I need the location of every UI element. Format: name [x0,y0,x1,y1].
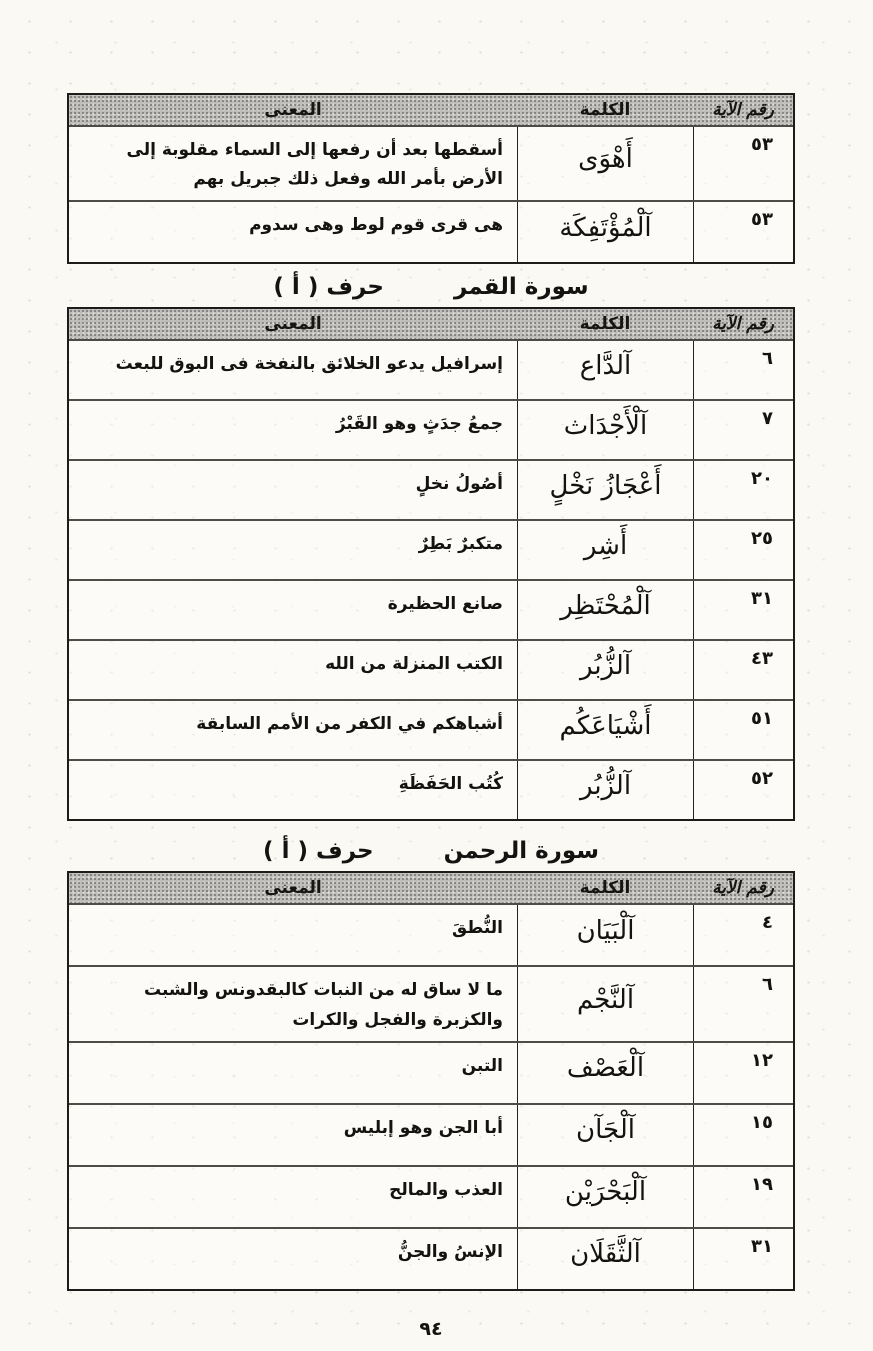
table-row: ١٥ آلْجَآن أبا الجن وهو إبليس [69,1103,793,1165]
table-row: ٦ آلدَّاع إسرافيل يدعو الخلائق بالنفخة ف… [69,339,793,399]
section-heading-rahman: سورة الرحمن حرف ( أ ) [67,836,795,866]
table-row: ٢٠ أَعْجَازُ نَخْلٍ أصُولُ نخلٍ [69,459,793,519]
table-row: ٣١ آلْمُحْتَظِر صانع الحظيرة [69,579,793,639]
glossary-table-najm: رقم الآية الكلمة المعنى ٥٣ أَهْوَى أسقطه… [67,93,795,264]
table-row: ٢٥ أَشِر متكبرٌ بَطِرٌ [69,519,793,579]
cell-word: أَشِر [517,521,693,579]
header-cell-meaning: المعنى [69,95,517,125]
surah-title: سورة الرحمن [444,836,599,866]
letter-title: حرف ( أ ) [263,836,374,866]
cell-verse-number: ١٢ [693,1043,793,1103]
cell-meaning: أبا الجن وهو إبليس [69,1105,517,1165]
page-number: ٩٤ [67,1318,795,1340]
table-row: ٦ آلنَّجْم ما لا ساق له من النبات كالبقد… [69,965,793,1040]
header-cell-word: الكلمة [517,95,693,125]
table-row: ٥٢ آلزُّبُر كُتُب الحَفَظَةِ [69,759,793,819]
header-cell-verse-number: رقم الآية [693,309,793,339]
cell-verse-number: ٤٣ [693,641,793,699]
header-cell-verse-number: رقم الآية [693,95,793,125]
cell-word: آلنَّجْم [517,967,693,1040]
table-header-row: رقم الآية الكلمة المعنى [69,95,793,125]
cell-verse-number: ٤ [693,905,793,965]
cell-verse-number: ٧ [693,401,793,459]
cell-meaning: الكتب المنزلة من الله [69,641,517,699]
cell-meaning: هى قرى قوم لوط وهى سدوم [69,202,517,262]
cell-meaning: الإنسُ والجنُّ [69,1229,517,1289]
glossary-table-qamar: رقم الآية الكلمة المعنى ٦ آلدَّاع إسرافي… [67,307,795,821]
cell-word: آلزُّبُر [517,641,693,699]
cell-word: أَشْيَاعَكُم [517,701,693,759]
table-row: ٥٣ آلْمُؤْتَفِكَة هى قرى قوم لوط وهى سدو… [69,200,793,262]
cell-meaning: أصُولُ نخلٍ [69,461,517,519]
cell-verse-number: ٣١ [693,1229,793,1289]
cell-word: آلدَّاع [517,341,693,399]
header-cell-word: الكلمة [517,873,693,903]
cell-word: أَهْوَى [517,127,693,200]
cell-verse-number: ٦ [693,341,793,399]
cell-meaning: إسرافيل يدعو الخلائق بالنفخة فى البوق لل… [69,341,517,399]
header-cell-verse-number: رقم الآية [693,873,793,903]
table-row: ١٢ آلْعَصْف التبن [69,1041,793,1103]
table-header-row: رقم الآية الكلمة المعنى [69,309,793,339]
table-row: ٤ آلْبَيَان النُّطقَ [69,903,793,965]
cell-word: آلْمُؤْتَفِكَة [517,202,693,262]
cell-verse-number: ١٥ [693,1105,793,1165]
cell-word: آلْبَحْرَيْن [517,1167,693,1227]
cell-meaning: جمعُ جدَثٍ وهو القَبْرُ [69,401,517,459]
cell-verse-number: ٥٢ [693,761,793,819]
letter-title: حرف ( أ ) [273,272,384,302]
table-row: ٣١ آلثَّقَلَان الإنسُ والجنُّ [69,1227,793,1289]
cell-meaning: صانع الحظيرة [69,581,517,639]
cell-verse-number: ٢٥ [693,521,793,579]
section-heading-qamar: سورة القمر حرف ( أ ) [67,272,795,302]
cell-meaning: النُّطقَ [69,905,517,965]
surah-title: سورة القمر [454,272,589,302]
cell-meaning: أشباهكم في الكفر من الأمم السابقة [69,701,517,759]
table-row: ٥٣ أَهْوَى أسقطها بعد أن رفعها إلى السما… [69,125,793,200]
table-row: ٧ آلْأَجْدَاث جمعُ جدَثٍ وهو القَبْرُ [69,399,793,459]
table-header-row: رقم الآية الكلمة المعنى [69,873,793,903]
header-cell-meaning: المعنى [69,309,517,339]
glossary-table-rahman: رقم الآية الكلمة المعنى ٤ آلْبَيَان النُ… [67,871,795,1290]
cell-word: أَعْجَازُ نَخْلٍ [517,461,693,519]
table-row: ١٩ آلْبَحْرَيْن العذب والمالح [69,1165,793,1227]
table-row: ٤٣ آلزُّبُر الكتب المنزلة من الله [69,639,793,699]
cell-meaning: التبن [69,1043,517,1103]
page-content: رقم الآية الكلمة المعنى ٥٣ أَهْوَى أسقطه… [67,0,795,1340]
cell-word: آلْجَآن [517,1105,693,1165]
cell-verse-number: ٥١ [693,701,793,759]
cell-verse-number: ٥٣ [693,127,793,200]
cell-verse-number: ٦ [693,967,793,1040]
cell-word: آلْمُحْتَظِر [517,581,693,639]
cell-meaning: أسقطها بعد أن رفعها إلى السماء مقلوبة إل… [69,127,517,200]
header-cell-word: الكلمة [517,309,693,339]
cell-word: آلثَّقَلَان [517,1229,693,1289]
cell-word: آلزُّبُر [517,761,693,819]
header-cell-meaning: المعنى [69,873,517,903]
cell-word: آلْأَجْدَاث [517,401,693,459]
cell-meaning: العذب والمالح [69,1167,517,1227]
cell-word: آلْعَصْف [517,1043,693,1103]
scanned-document-page: رقم الآية الكلمة المعنى ٥٣ أَهْوَى أسقطه… [0,0,873,1351]
cell-meaning: متكبرٌ بَطِرٌ [69,521,517,579]
table-row: ٥١ أَشْيَاعَكُم أشباهكم في الكفر من الأم… [69,699,793,759]
cell-meaning: كُتُب الحَفَظَةِ [69,761,517,819]
cell-verse-number: ١٩ [693,1167,793,1227]
cell-verse-number: ٢٠ [693,461,793,519]
cell-verse-number: ٣١ [693,581,793,639]
cell-meaning: ما لا ساق له من النبات كالبقدونس والشبت … [69,967,517,1040]
cell-verse-number: ٥٣ [693,202,793,262]
cell-word: آلْبَيَان [517,905,693,965]
